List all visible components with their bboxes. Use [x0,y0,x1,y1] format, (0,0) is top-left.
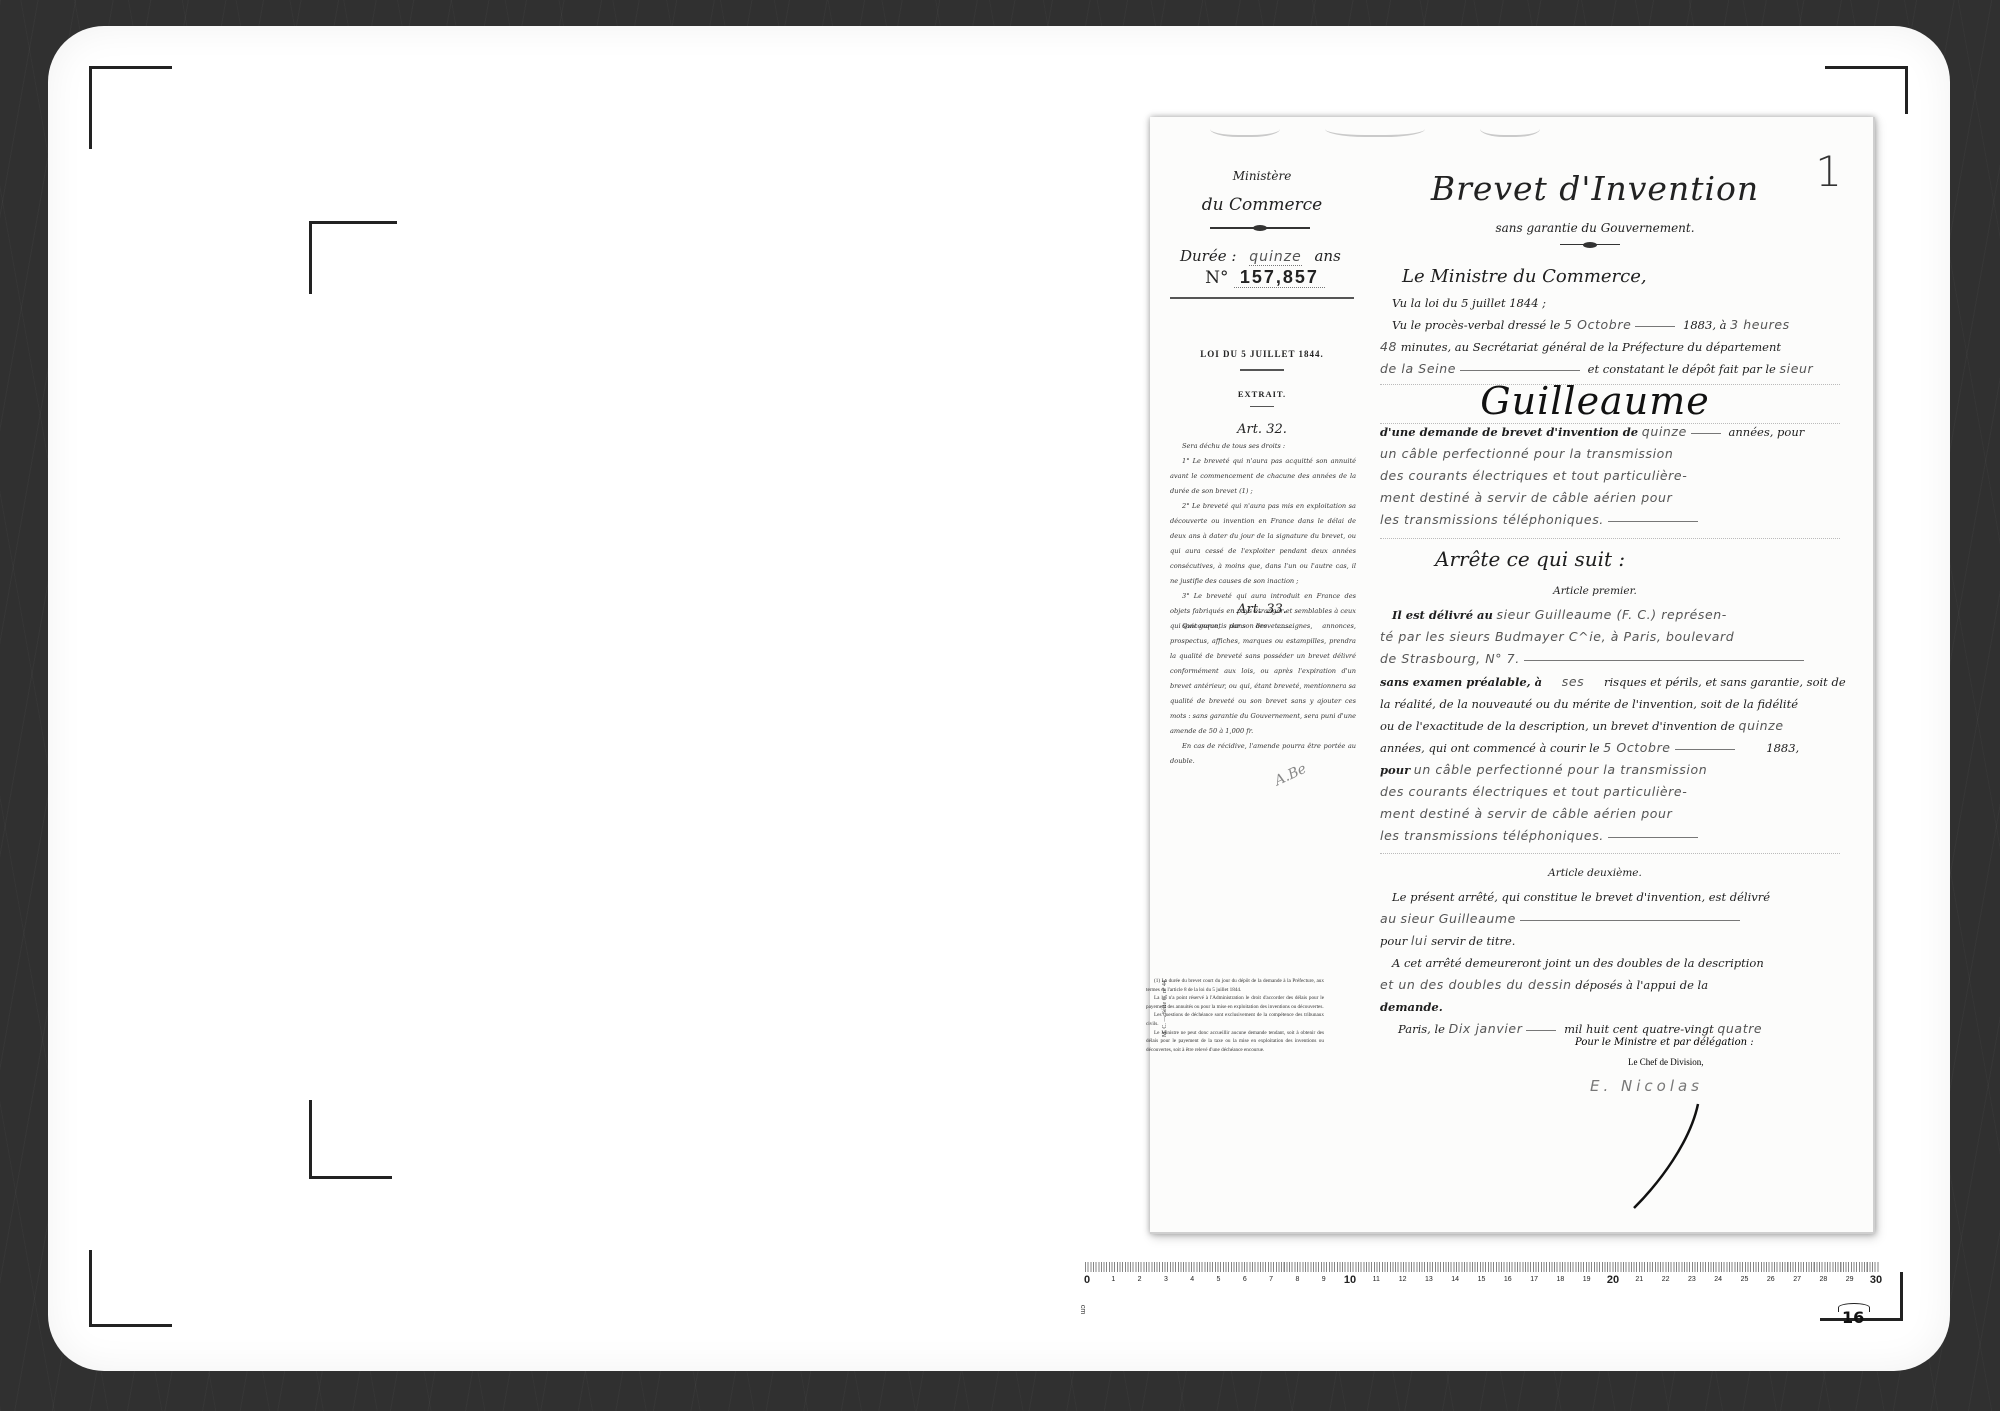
duration-unit: ans [1314,247,1340,265]
invention-text: un câble perfectionné pour la transmissi… [1414,762,1707,777]
ruler-label: 29 [1846,1276,1854,1283]
invention-text: ment destiné à servir de câble aérien po… [1380,490,1672,505]
signature-delegation: Pour le Ministre et par délégation : [1575,1037,1754,1048]
invention-title-line: les transmissions téléphoniques. [1380,510,1850,530]
art1-sans-examen: sans examen préalable, à [1380,675,1542,689]
proces-verbal-line: Vu le procès-verbal dressé le 5 Octobre … [1392,315,1862,335]
art1-representative: té par les sieurs Budmayer C^ie, à Paris… [1380,629,1734,644]
patent-document: Ministère du Commerce Durée : quinze ans… [1150,117,1875,1234]
crop-mark-top-right [1825,66,1908,114]
date-year-hand: quatre [1717,1021,1762,1036]
ruler-label: 26 [1767,1276,1775,1283]
article-1-line: Il est délivré au sieur Guilleaume (F. C… [1392,605,1862,625]
extract-header: EXTRAIT. [1170,389,1354,399]
invention-text: des courants électriques et tout particu… [1380,468,1687,483]
depot-sieur: sieur [1780,361,1814,376]
art2-dessin: et un des doubles du dessin [1380,977,1572,992]
art2-titre: servir de titre. [1431,934,1515,948]
ruler-label: 0 [1084,1274,1090,1286]
paper-fold [1480,117,1540,137]
ruler-label: 22 [1662,1276,1670,1283]
date-line: Paris, le Dix janvier mil huit cent quat… [1398,1019,1868,1039]
depot-text: et constatant le dépôt fait par le [1588,362,1776,376]
article-paragraph: En cas de récidive, l'amende pourra être… [1170,739,1356,769]
art1-start-date: 5 Octobre [1603,740,1670,755]
art2-deposes: déposés à l'appui de la [1575,978,1708,992]
article-1-line: ou de l'exactitude de la description, un… [1380,716,1850,736]
proces-verbal-line-2: 48 minutes, au Secrétariat général de la… [1380,337,1850,357]
number-label: N° [1205,268,1228,288]
crop-mark-inner-bottom-left [309,1100,392,1179]
ruler-label: 23 [1688,1276,1696,1283]
duration-label: Durée : [1180,247,1236,265]
article-1-line: les transmissions téléphoniques. [1380,826,1850,846]
article-1-line: sans examen préalable, à ses risques et … [1380,672,1850,692]
article-2-title: Article deuxième. [1380,867,1810,879]
art1-pour: pour [1380,763,1410,777]
patent-number-field: N° 157,857 [1190,267,1340,288]
pv-time-prefix: , à [1712,318,1726,332]
minister-heading: Le Ministre du Commerce, [1402,267,1872,287]
article-33-title: Art. 33. [1170,602,1354,617]
ruler-label: 11 [1373,1276,1380,1283]
ruler-label: 13 [1425,1276,1433,1283]
article-1-title: Article premier. [1380,585,1810,597]
footnote: (1) La durée du brevet court du jour du … [1146,977,1324,994]
art1-sieur: sieur Guilleaume (F. C.) représen- [1496,607,1726,622]
ministry-label: Ministère [1170,169,1354,183]
invention-text: ment destiné à servir de câble aérien po… [1380,806,1672,821]
ruler-label: 4 [1190,1276,1194,1283]
document-subtitle: sans garantie du Gouvernement. [1380,221,1810,235]
ruler-label: 1 [1111,1276,1115,1283]
divider [1170,297,1354,299]
ruler-label: 16 [1504,1276,1512,1283]
pv-prefix: Vu le procès-verbal dressé le [1392,318,1560,332]
article-32-title: Art. 32. [1170,422,1354,437]
art2-au: au [1380,911,1397,926]
departement-value: de la Seine [1380,361,1456,376]
article-paragraph: Sera déchu de tous ses droits : [1170,439,1356,454]
article-33-text: Quiconque, dans des enseignes, annonces,… [1170,619,1356,769]
crop-mark-top-left [89,66,172,149]
ruler-label: 27 [1793,1276,1801,1283]
crop-mark-inner-top-left [309,221,397,294]
law-reference-line: Vu la loi du 5 juillet 1844 ; [1392,293,1862,313]
ornament-divider [1210,227,1310,229]
invention-text: les transmissions téléphoniques. [1380,512,1604,527]
invention-text: des courants électriques et tout particu… [1380,784,1687,799]
ruler-label: 8 [1295,1276,1299,1283]
pv-year: 1883 [1683,318,1712,332]
ruler-label: 28 [1819,1276,1827,1283]
art2-demande: demande. [1380,1000,1443,1014]
ruler-unit-mark: cm [1079,1305,1086,1314]
article-1-line: années, qui ont commencé à courir le 5 O… [1380,738,1850,758]
demande-line: d'une demande de brevet d'invention de q… [1380,422,1850,442]
article-2-line: au sieur Guilleaume [1380,909,1850,929]
ruler-label: 25 [1741,1276,1749,1283]
art1-prefix: Il est délivré au [1392,608,1493,622]
article-1-line: la réalité, de la nouveauté ou du mérite… [1380,694,1850,714]
archive-seal: 16 [1842,1308,1864,1327]
pv-date: 5 Octobre [1564,317,1631,332]
article-paragraph: Quiconque, dans des enseignes, annonces,… [1170,619,1356,739]
rule-line [1380,852,1840,854]
signature-handwritten: E. Nicolas [1590,1077,1703,1095]
minister-heading-text: Le Ministre du Commerce, [1402,266,1647,287]
duration-field: Durée : quinze ans [1180,247,1350,265]
ruler-label: 10 [1344,1274,1356,1286]
art2-pour: pour [1380,934,1407,948]
demande-duration: quinze [1642,424,1687,439]
ornament-divider [1560,244,1620,245]
crop-mark-bottom-left [89,1250,172,1327]
ruler-label: 6 [1243,1276,1247,1283]
art1-start-year: 1883, [1766,741,1799,755]
ruler-label: 12 [1399,1276,1407,1283]
ruler-ticks [1085,1262,1880,1272]
footnote: Les questions de déchéance sont exclusiv… [1146,1011,1324,1028]
article-2-line: A cet arrêté demeureront joint un des do… [1392,953,1862,973]
invention-title-line: des courants électriques et tout particu… [1380,466,1850,486]
ruler-label: 7 [1269,1276,1273,1283]
article-paragraph: 2° Le breveté qui n'aura pas mis en expl… [1170,499,1356,589]
art1-body: la réalité, de la nouveauté ou du mérite… [1380,697,1798,711]
ruler-label: 30 [1870,1274,1882,1286]
article-1-line: ment destiné à servir de câble aérien po… [1380,804,1850,824]
ruler-label: 24 [1714,1276,1722,1283]
pv-minutes: 48 [1380,339,1397,354]
article-1-line: des courants électriques et tout particu… [1380,782,1850,802]
page-number: 1 [1815,147,1842,196]
law-reference-text: Vu la loi du 5 juillet 1844 ; [1392,296,1546,310]
article-2-line: demande. [1380,997,1850,1017]
demande-prefix: d'une demande de brevet d'invention de [1380,425,1638,439]
art1-start: années, qui ont commencé à courir le [1380,741,1600,755]
article-1-line: pour un câble perfectionné pour la trans… [1380,760,1850,780]
ruler-label: 17 [1530,1276,1538,1283]
ruler-label: 19 [1583,1276,1591,1283]
divider [1240,369,1284,371]
art1-risques: risques et périls, et sans garantie, soi… [1604,675,1846,689]
art2-lui: lui [1411,933,1428,948]
art2-joint: joint [1545,956,1571,970]
footnote: La loi n'a point réservé à l'Administrat… [1146,994,1324,1011]
paper-fold [1210,117,1280,137]
article-2-line: Le présent arrêté, qui constitue le brev… [1392,887,1862,907]
art1-duration: quinze [1739,718,1784,733]
art1-ses: ses [1562,674,1585,689]
divider [1250,406,1274,407]
ruler-label: 21 [1635,1276,1643,1283]
article-1-line: té par les sieurs Budmayer C^ie, à Paris… [1380,627,1850,647]
art2-joint-prefix: A cet arrêté demeureront [1392,956,1541,970]
ruler-label: 2 [1138,1276,1142,1283]
article-2-line: et un des doubles du dessin déposés à l'… [1380,975,1850,995]
invention-title-line: un câble perfectionné pour la transmissi… [1380,444,1850,464]
art1-body: ou de l'exactitude de la description, un… [1380,719,1735,733]
art2-joint-suffix: un des doubles de la description [1575,956,1764,970]
art2-sieur: sieur Guilleaume [1400,911,1515,926]
ministry-name: du Commerce [1170,195,1354,215]
paper-fold [1325,117,1425,137]
patent-number: 157,857 [1234,267,1325,288]
duration-value: quinze [1249,249,1301,266]
pv-minutes-suffix: minutes, au Secrétariat général de la Pr… [1401,340,1781,354]
signature-stroke [1630,1102,1700,1212]
ruler-label: 15 [1478,1276,1486,1283]
footnotes: (1) La durée du brevet court du jour du … [1146,977,1324,1054]
ruler-label: 14 [1451,1276,1459,1283]
invention-text: les transmissions téléphoniques. [1380,828,1604,843]
ruler-label: 20 [1607,1274,1619,1286]
ruler-labels: 0123456789101112131415161718192021222324… [1085,1276,1885,1292]
ruler-label: 5 [1217,1276,1221,1283]
ruler-label: 9 [1322,1276,1326,1283]
departement-line: de la Seine et constatant le dépôt fait … [1380,359,1850,379]
signature-title: Le Chef de Division, [1628,1057,1704,1067]
article-1-line: de Strasbourg, N° 7. [1380,649,1850,669]
ruler-label: 3 [1164,1276,1168,1283]
law-header: LOI DU 5 JUILLET 1844. [1170,349,1354,359]
rule-line [1380,537,1840,539]
demande-suffix: années, pour [1729,425,1805,439]
art2-text: Le présent arrêté, qui constitue le brev… [1392,890,1770,904]
art1-address: de Strasbourg, N° 7. [1380,651,1520,666]
document-title: Brevet d'Invention [1380,169,1810,208]
ruler-label: 18 [1556,1276,1564,1283]
pv-hours: 3 heures [1730,317,1790,332]
article-paragraph: 1° Le breveté qui n'aura pas acquitté so… [1170,454,1356,499]
date-prefix: Paris, le [1398,1022,1445,1036]
invention-title-line: ment destiné à servir de câble aérien po… [1380,488,1850,508]
applicant-name: Guilleaume [1380,379,1810,423]
date-day: Dix janvier [1449,1021,1523,1036]
arrete-heading: Arrête ce qui suit : [1435,547,1625,571]
measurement-ruler: 0123456789101112131415161718192021222324… [1085,1262,1885,1298]
footnote: Le Ministre ne peut donc accueillir aucu… [1146,1029,1324,1055]
article-2-line: pour lui servir de titre. [1380,931,1850,951]
invention-text: un câble perfectionné pour la transmissi… [1380,446,1673,461]
date-year-text: mil huit cent quatre-vingt [1564,1022,1714,1036]
